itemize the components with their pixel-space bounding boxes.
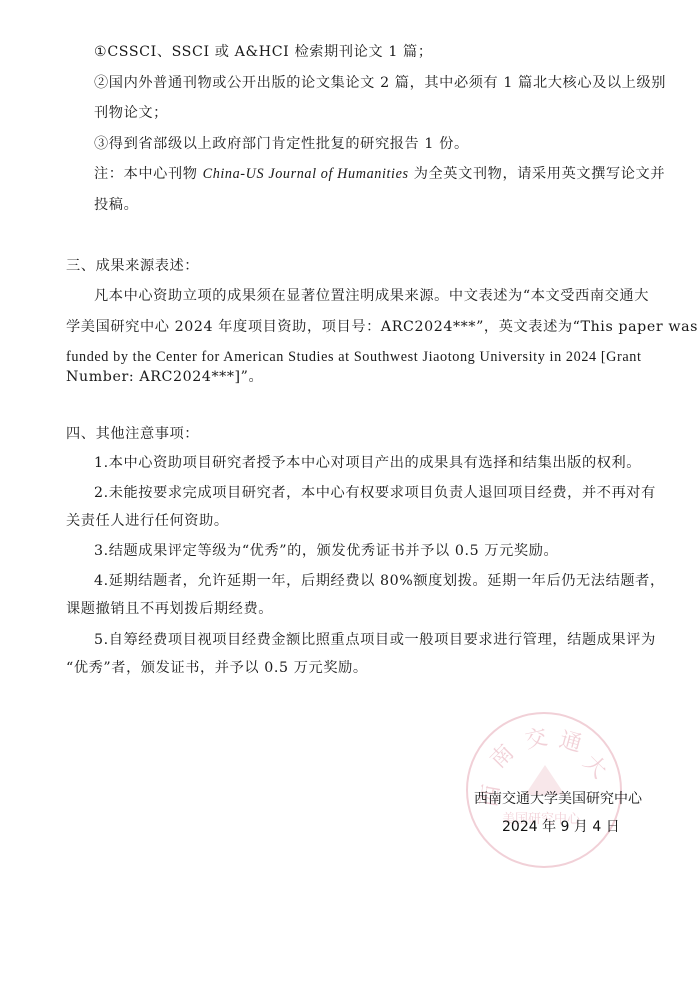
journal-title: China-US Journal of Humanities: [203, 166, 409, 182]
section-4-item-1: 1.本中心资助项目研究者授予本中心对项目产出的成果具有选择和结集出版的权利。: [94, 454, 641, 472]
section-4-item-4-line-1: 4.延期结题者，允许延期一年，后期经费以 80%额度划拨。延期一年后仍无法结题者…: [94, 572, 632, 590]
section-4-item-2-line-2: 关责任人进行任何资助。: [66, 512, 229, 530]
signature-date: 2024 年 9 月 4 日: [502, 816, 620, 836]
section-3-paragraph-line-3: funded by the Center for American Studie…: [66, 348, 632, 366]
journal-note-prefix: 注：本中心刊物: [94, 166, 203, 182]
section-3-heading: 三、成果来源表述：: [66, 257, 199, 275]
journal-note-line-2: 投稿。: [94, 196, 138, 214]
section-4-heading: 四、其他注意事项：: [66, 425, 199, 443]
requirement-item-1: ①CSSCI、SSCI 或 A&HCI 检索期刊论文 1 篇；: [94, 43, 433, 61]
section-4-item-3: 3.结题成果评定等级为“优秀”的，颁发优秀证书并予以 0.5 万元奖励。: [94, 542, 558, 560]
signature-organization: 西南交通大学美国研究中心: [474, 788, 642, 808]
requirement-item-3: ③得到省部级以上政府部门肯定性批复的研究报告 1 份。: [94, 135, 469, 153]
section-4-item-2-line-1: 2.未能按要求完成项目研究者，本中心有权要求项目负责人退回项目经费，并不再对有: [94, 484, 632, 502]
section-4-item-5-line-1: 5.自筹经费项目视项目经费金额比照重点项目或一般项目要求进行管理，结题成果评为: [94, 631, 632, 649]
section-3-paragraph-line-4: Number: ARC2024***]”。: [66, 368, 263, 386]
section-3-paragraph-line-1: 凡本中心资助立项的成果须在显著位置注明成果来源。中文表述为“本文受西南交通大: [94, 287, 632, 305]
section-3-paragraph-line-2: 学美国研究中心 2024 年度项目资助，项目号：ARC2024***”，英文表述…: [66, 318, 632, 336]
requirement-item-2-line-1: ②国内外普通刊物或公开出版的论文集论文 2 篇，其中必须有 1 篇北大核心及以上…: [94, 74, 632, 92]
journal-note-suffix: 为全英文刊物，请采用英文撰写论文并: [409, 166, 666, 182]
section-4-item-4-line-2: 课题撤销且不再划拨后期经费。: [66, 600, 273, 618]
requirement-item-2-line-2: 刊物论文；: [94, 104, 168, 122]
section-4-item-5-line-2: “优秀”者，颁发证书，并予以 0.5 万元奖励。: [66, 659, 368, 677]
journal-note: 注：本中心刊物 China-US Journal of Humanities 为…: [94, 165, 632, 183]
